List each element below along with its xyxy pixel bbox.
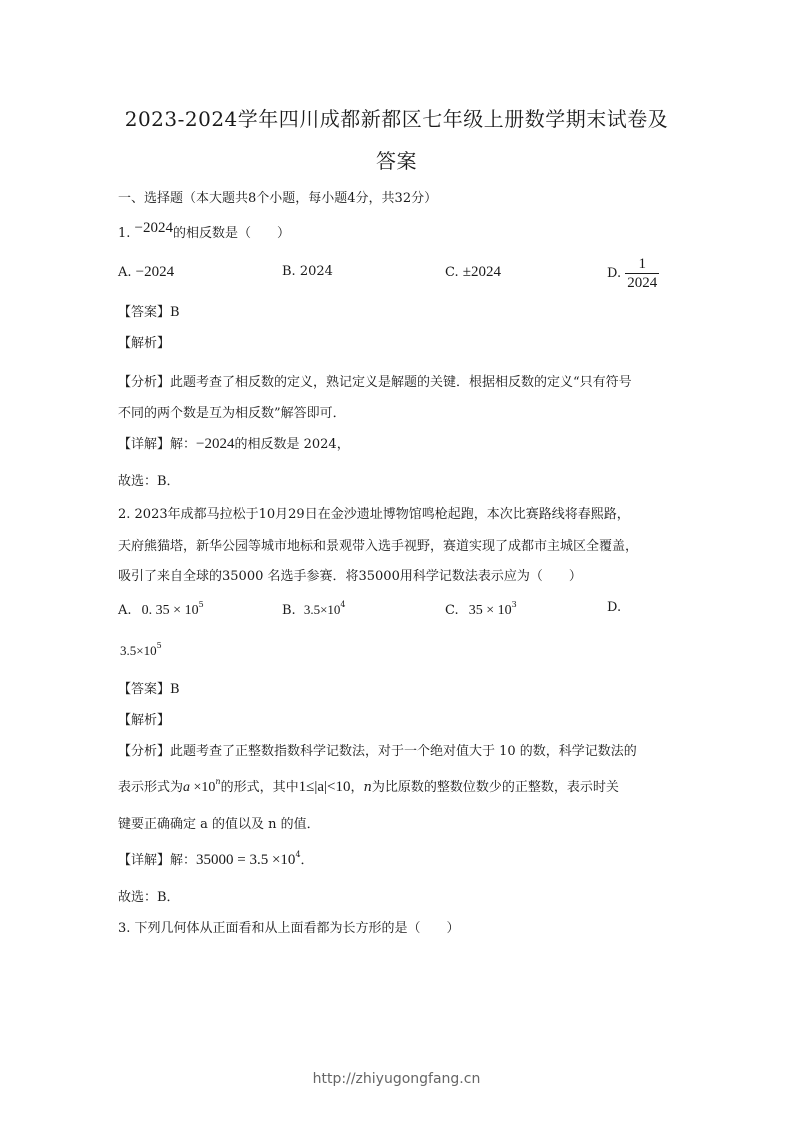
option-value: −2024 <box>136 264 174 280</box>
math-expression: −2024 <box>135 220 173 236</box>
q2-analysis-line2: 表示形式为a ×10n的形式，其中1≤|a|<10，n为比原数的整数位数少的正整… <box>118 776 619 796</box>
fraction-numerator: 1 <box>625 255 659 274</box>
footer-url[interactable]: http://zhiyugongfang.cn <box>0 1071 793 1087</box>
q2-stem-line1: 2. 2023年成都马拉松于10月29日在金沙遗址博物馆鸣枪起跑，本次比赛路线将… <box>118 503 630 522</box>
fraction-denominator: 2024 <box>625 274 659 292</box>
q2-option-b: B. 3.5×104 <box>282 600 346 618</box>
q1-option-d: D. 1 2024 <box>607 255 659 292</box>
q2-analysis-line3: 键要正确确定 a 的值以及 n 的值． <box>118 813 320 832</box>
q1-option-b: B. 2024 <box>282 264 333 279</box>
document-title-line1: 2023-2024学年四川成都新都区七年级上册数学期末试卷及 <box>0 103 793 132</box>
q2-stem-line3: 吸引了来自全球的35000 名选手参赛．将35000用科学记数法表示应为（ ） <box>118 565 582 584</box>
document-title-line2: 答案 <box>0 145 793 174</box>
q2-option-d: 3.5×105 <box>120 641 162 659</box>
q1-analysis-heading: 【解析】 <box>118 332 170 351</box>
q1-choose: 故选：B． <box>118 470 180 489</box>
math-inequality: 1≤|a|<10 <box>299 779 351 795</box>
section-heading: 一、选择题（本大题共8个小题，每小题4分，共32分） <box>118 187 437 206</box>
q2-stem-line2: 天府熊猫塔，新华公园等城市地标和景观带入选手视野，赛道实现了成都市主城区全覆盖， <box>118 535 638 554</box>
q2-answer: 【答案】B <box>118 678 180 697</box>
q1-analysis-line2: 不同的两个数是互为相反数”解答即可． <box>118 402 346 421</box>
q1-detail: 【详解】解：−2024的相反数是 2024， <box>118 433 350 453</box>
q1-option-c: C. ±2024 <box>445 264 501 281</box>
q2-choose: 故选：B． <box>118 886 180 905</box>
q2-option-c: C. 35 × 103 <box>445 600 517 619</box>
q2-analysis-line1: 【分析】此题考查了正整数指数科学记数法，对于一个绝对值大于 10 的数，科学记数… <box>118 740 637 759</box>
fraction: 1 2024 <box>625 255 659 292</box>
option-value: 2024 <box>300 264 333 279</box>
question-number: 1. <box>118 226 130 241</box>
q2-option-d-label: D. <box>607 600 621 615</box>
document-page: 2023-2024学年四川成都新都区七年级上册数学期末试卷及 答案 一、选择题（… <box>0 0 793 1122</box>
option-value: ±2024 <box>463 264 501 280</box>
q1-answer: 【答案】B <box>118 301 180 320</box>
q2-option-a: A. 0. 35 × 105 <box>118 600 204 619</box>
q2-analysis-heading: 【解析】 <box>118 709 170 728</box>
q1-analysis-line1: 【分析】此题考查了相反数的定义，熟记定义是解题的关键．根据相反数的定义“只有符号 <box>118 371 632 390</box>
q3-stem: 3. 下列几何体从正面看和从上面看都为长方形的是（ ） <box>118 917 460 936</box>
question-text: 的相反数是（ ） <box>173 226 290 241</box>
q2-detail: 【详解】解：35000 = 3.5 ×104． <box>118 849 314 869</box>
q1-option-a: A. −2024 <box>118 264 174 281</box>
question-1-stem: 1. −2024的相反数是（ ） <box>118 222 290 242</box>
